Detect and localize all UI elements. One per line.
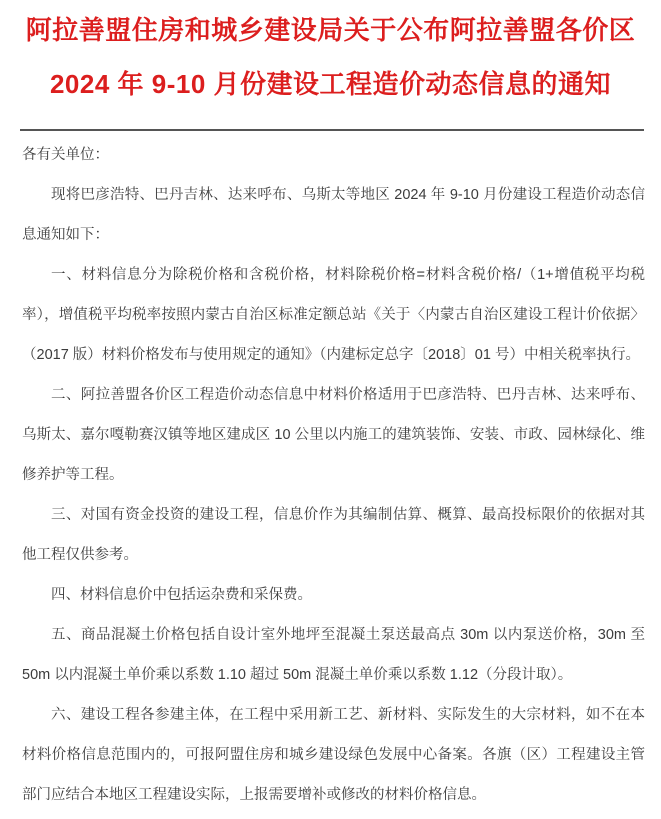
paragraph-item-1: 一、材料信息分为除税价格和含税价格，材料除税价格=材料含税价格/（1+增值税平均… bbox=[22, 255, 645, 375]
notice-document: 阿拉善盟住房和城乡建设局关于公布阿拉善盟各价区 2024 年 9-10 月份建设… bbox=[0, 0, 661, 819]
paragraph-item-3: 三、对国有资金投资的建设工程，信息价作为其编制估算、概算、最高投标限价的依据对其… bbox=[22, 495, 645, 575]
notice-body: 各有关单位： 现将巴彦浩特、巴丹吉林、达来呼布、乌斯太等地区 2024 年 9-… bbox=[22, 135, 645, 815]
paragraph-intro: 现将巴彦浩特、巴丹吉林、达来呼布、乌斯太等地区 2024 年 9-10 月份建设… bbox=[22, 175, 645, 255]
title-divider bbox=[20, 129, 644, 131]
document-title-line-1: 阿拉善盟住房和城乡建设局关于公布阿拉善盟各价区 bbox=[0, 0, 661, 47]
paragraph-item-6: 六、建设工程各参建主体，在工程中采用新工艺、新材料、实际发生的大宗材料，如不在本… bbox=[22, 695, 645, 815]
salutation: 各有关单位： bbox=[22, 135, 645, 175]
paragraph-item-2: 二、阿拉善盟各价区工程造价动态信息中材料价格适用于巴彦浩特、巴丹吉林、达来呼布、… bbox=[22, 375, 645, 495]
paragraph-item-5: 五、商品混凝土价格包括自设计室外地坪至混凝土泵送最高点 30m 以内泵送价格，3… bbox=[22, 615, 645, 695]
document-title-line-2: 2024 年 9-10 月份建设工程造价动态信息的通知 bbox=[0, 67, 661, 101]
paragraph-item-4: 四、材料信息价中包括运杂费和采保费。 bbox=[22, 575, 645, 615]
